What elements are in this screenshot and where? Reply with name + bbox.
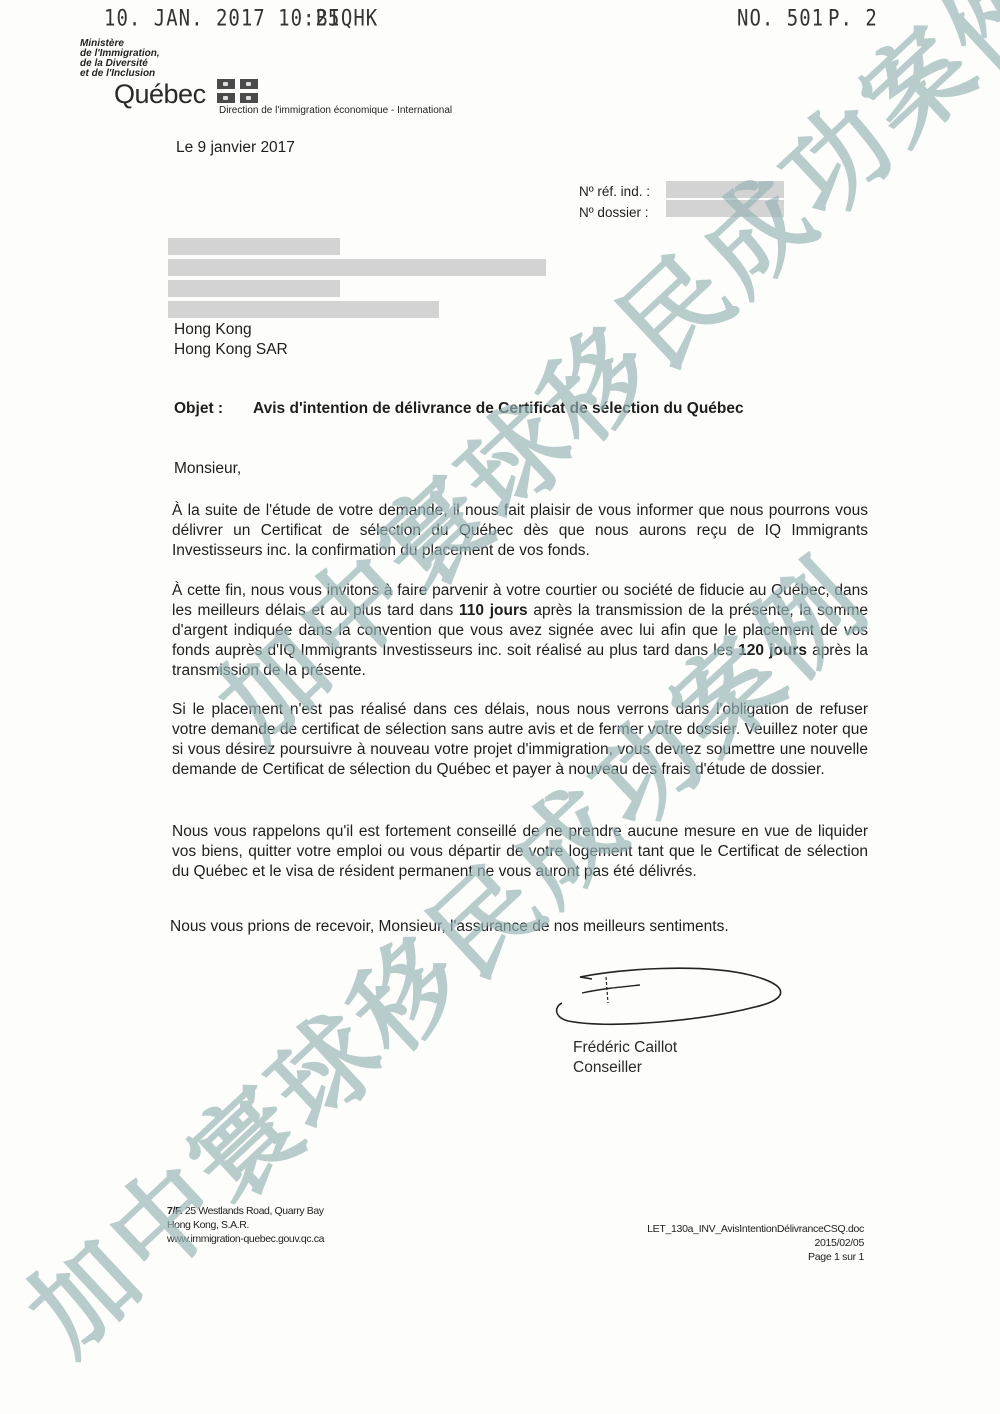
reference-labels: Nº réf. ind. : Nº dossier : — [579, 181, 650, 223]
deadline-120-days: 120 jours — [738, 642, 807, 659]
dossier-label: Nº dossier : — [579, 202, 650, 223]
office-address: 7/F. 25 Westlands Road, Quarry Bay Hong … — [167, 1204, 324, 1246]
flag-quadrant — [240, 79, 258, 89]
redacted-recipient-line — [168, 238, 340, 255]
quebec-wordmark: Québec — [114, 79, 206, 110]
ministry-line: et de l'Inclusion — [80, 69, 160, 79]
ref-ind-label: Nº réf. ind. : — [579, 181, 650, 202]
direction-name: Direction de l'immigration économique - … — [219, 105, 452, 116]
recipient-address: Hong Kong Hong Kong SAR — [174, 320, 288, 360]
quebec-flag-icon — [217, 79, 259, 105]
redacted-recipient-line — [168, 280, 340, 297]
flag-quadrant — [217, 93, 235, 103]
redacted-dossier — [666, 200, 784, 217]
subject-line: Objet :Avis d'intention de délivrance de… — [174, 400, 744, 418]
closing-formula: Nous vous prions de recevoir, Monsieur, … — [170, 918, 729, 936]
address-floor: 7/F. — [167, 1205, 182, 1217]
redacted-ref-ind — [666, 181, 784, 198]
fax-page: P. 2 — [828, 6, 878, 31]
salutation: Monsieur, — [174, 460, 241, 478]
deadline-110-days: 110 jours — [459, 602, 528, 619]
fax-sender-id: BIQHK — [316, 6, 378, 31]
signer-name: Frédéric Caillot — [573, 1038, 677, 1058]
recipient-region: Hong Kong SAR — [174, 340, 288, 360]
paragraph-1: À la suite de l'étude de votre demande, … — [172, 501, 868, 561]
document-info: LET_130a_INV_AvisIntentionDélivranceCSQ.… — [600, 1222, 864, 1264]
flag-quadrant — [240, 93, 258, 103]
signature-icon — [550, 955, 790, 1035]
address-city: Hong Kong, S.A.R. — [167, 1218, 324, 1232]
document-filename: LET_130a_INV_AvisIntentionDélivranceCSQ.… — [600, 1222, 864, 1236]
page-number: Page 1 sur 1 — [600, 1250, 864, 1264]
redacted-recipient-line — [168, 301, 439, 318]
website-link[interactable]: www.immigration-quebec.gouv.qc.ca — [167, 1232, 324, 1246]
letter-date: Le 9 janvier 2017 — [176, 139, 295, 157]
paragraph-4: Nous vous rappelons qu'il est fortement … — [172, 822, 868, 882]
redacted-recipient-line — [168, 259, 546, 276]
recipient-city: Hong Kong — [174, 320, 288, 340]
signer-block: Frédéric Caillot Conseiller — [573, 1038, 677, 1078]
fax-datetime: 10. JAN. 2017 10:25 — [104, 6, 340, 31]
subject-label: Objet : — [174, 400, 253, 418]
document-date: 2015/02/05 — [600, 1236, 864, 1250]
ministry-name: Ministère de l'Immigration, de la Divers… — [80, 39, 160, 79]
address-street: 25 Westlands Road, Quarry Bay — [182, 1205, 323, 1217]
fax-number: NO. 501 — [737, 6, 824, 31]
subject-text: Avis d'intention de délivrance de Certif… — [253, 400, 744, 417]
paragraph-2: À cette fin, nous vous invitons à faire … — [172, 581, 868, 681]
paragraph-3: Si le placement n'est pas réalisé dans c… — [172, 700, 868, 780]
signer-title: Conseiller — [573, 1058, 677, 1078]
flag-quadrant — [217, 79, 235, 89]
